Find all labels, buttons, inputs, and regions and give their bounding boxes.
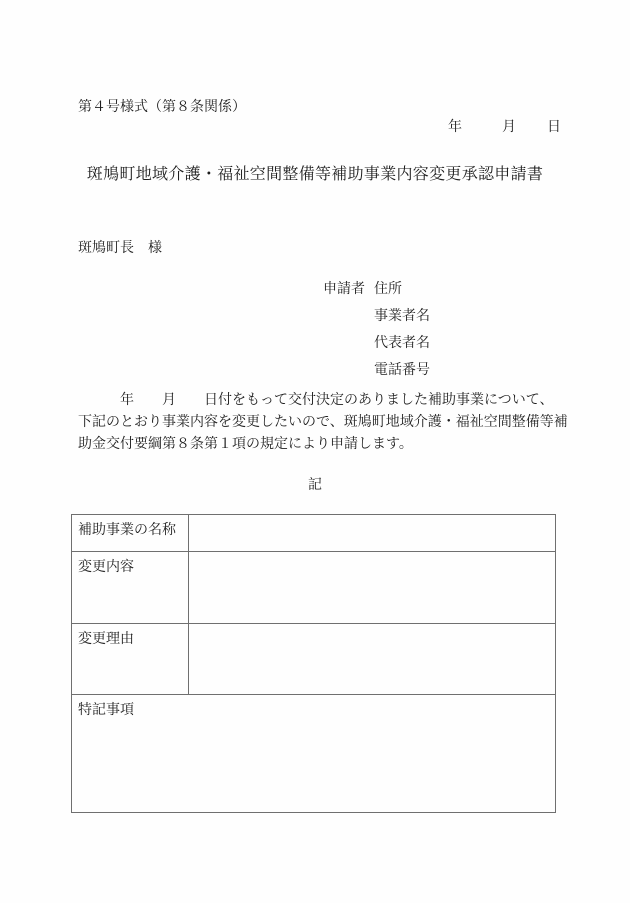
table-row-project-name: 補助事業の名称	[72, 515, 556, 552]
document-title: 斑鳩町地域介護・福祉空間整備等補助事業内容変更承認申請書	[0, 161, 630, 184]
row-label-project-name: 補助事業の名称	[72, 515, 189, 552]
row-value-change-details	[189, 552, 556, 624]
body-line-1: 年 月 日付をもって交付決定のありました補助事業について、	[78, 390, 568, 412]
form-number: 第４号様式（第８条関係）	[78, 96, 246, 116]
applicant-field-address: 住所	[374, 276, 430, 303]
date-line: 年 月 日	[448, 116, 561, 136]
record-mark: 記	[0, 474, 630, 494]
applicant-label: 申請者	[323, 276, 365, 303]
row-label-special-notes: 特記事項	[72, 695, 556, 813]
row-label-change-details: 変更内容	[72, 552, 189, 624]
applicant-field-phone-number: 電話番号	[374, 357, 430, 384]
addressee-line: 斑鳩町長 様	[78, 237, 162, 257]
body-line-3: 助金交付要綱第８条第１項の規定により申請します。	[78, 434, 568, 456]
table-row-special-notes: 特記事項	[72, 695, 556, 813]
date-year-label: 年	[448, 116, 462, 136]
date-month-label: 月	[502, 116, 516, 136]
applicant-field-representative-name: 代表者名	[374, 330, 430, 357]
applicant-field-business-name: 事業者名	[374, 303, 430, 330]
date-day-label: 日	[547, 116, 561, 136]
details-table: 補助事業の名称 変更内容 変更理由 特記事項	[71, 514, 556, 813]
row-value-change-reason	[189, 624, 556, 695]
applicant-fields: 住所 事業者名 代表者名 電話番号	[374, 276, 430, 384]
row-value-project-name	[189, 515, 556, 552]
table-row-change-reason: 変更理由	[72, 624, 556, 695]
document-page: 第４号様式（第８条関係） 年 月 日 斑鳩町地域介護・福祉空間整備等補助事業内容…	[0, 0, 630, 903]
body-paragraph: 年 月 日付をもって交付決定のありました補助事業について、 下記のとおり事業内容…	[78, 390, 568, 456]
body-line-2: 下記のとおり事業内容を変更したいので、斑鳩町地域介護・福祉空間整備等補	[78, 412, 568, 434]
table-row-change-details: 変更内容	[72, 552, 556, 624]
row-label-change-reason: 変更理由	[72, 624, 189, 695]
applicant-block: 申請者 住所 事業者名 代表者名 電話番号	[323, 276, 430, 384]
